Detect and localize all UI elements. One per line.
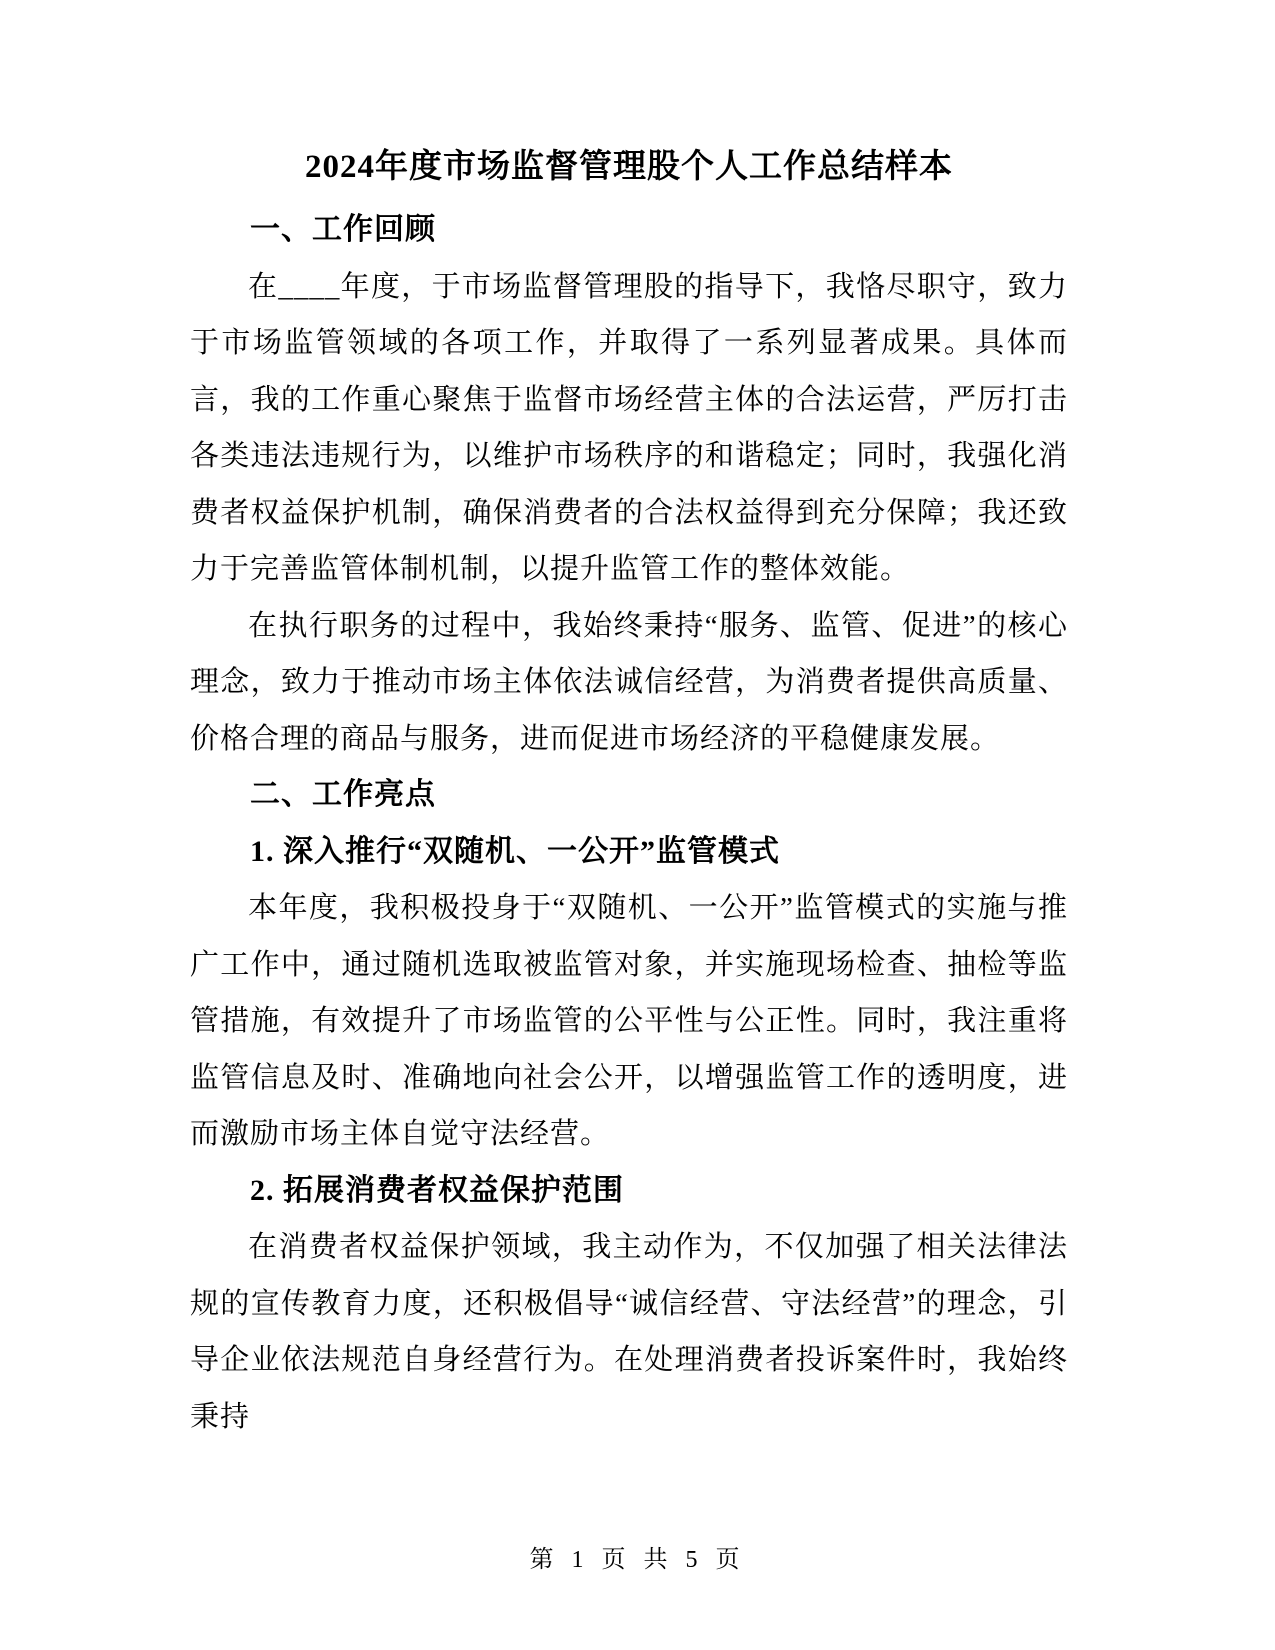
paragraph-double-random: 本年度，我积极投身于“双随机、一公开”监管模式的实施与推广工作中，通过随机选取被… xyxy=(190,880,1068,1163)
section-heading-work-review: 一、工作回顾 xyxy=(190,202,1068,259)
paragraph-consumer-rights: 在消费者权益保护领域，我主动作为，不仅加强了相关法律法规的宣传教育力度，还积极倡… xyxy=(190,1219,1068,1445)
section-heading-work-highlights: 二、工作亮点 xyxy=(190,767,1068,824)
paragraph-work-review-1: 在____年度，于市场监督管理股的指导下，我恪尽职守，致力于市场监管领域的各项工… xyxy=(190,259,1068,598)
document-title: 2024年度市场监督管理股个人工作总结样本 xyxy=(190,138,1068,196)
page-footer: 第 1 页 共 5 页 xyxy=(0,1539,1275,1574)
sub-heading-consumer-rights: 2. 拓展消费者权益保护范围 xyxy=(190,1163,1068,1220)
sub-heading-double-random: 1. 深入推行“双随机、一公开”监管模式 xyxy=(190,824,1068,881)
document-page: 2024年度市场监督管理股个人工作总结样本 一、工作回顾 在____年度，于市场… xyxy=(0,0,1275,1650)
page-number-indicator: 第 1 页 共 5 页 xyxy=(530,1547,746,1573)
document-content: 2024年度市场监督管理股个人工作总结样本 一、工作回顾 在____年度，于市场… xyxy=(190,138,1068,1445)
paragraph-work-review-2: 在执行职务的过程中，我始终秉持“服务、监管、促进”的核心理念，致力于推动市场主体… xyxy=(190,598,1068,768)
